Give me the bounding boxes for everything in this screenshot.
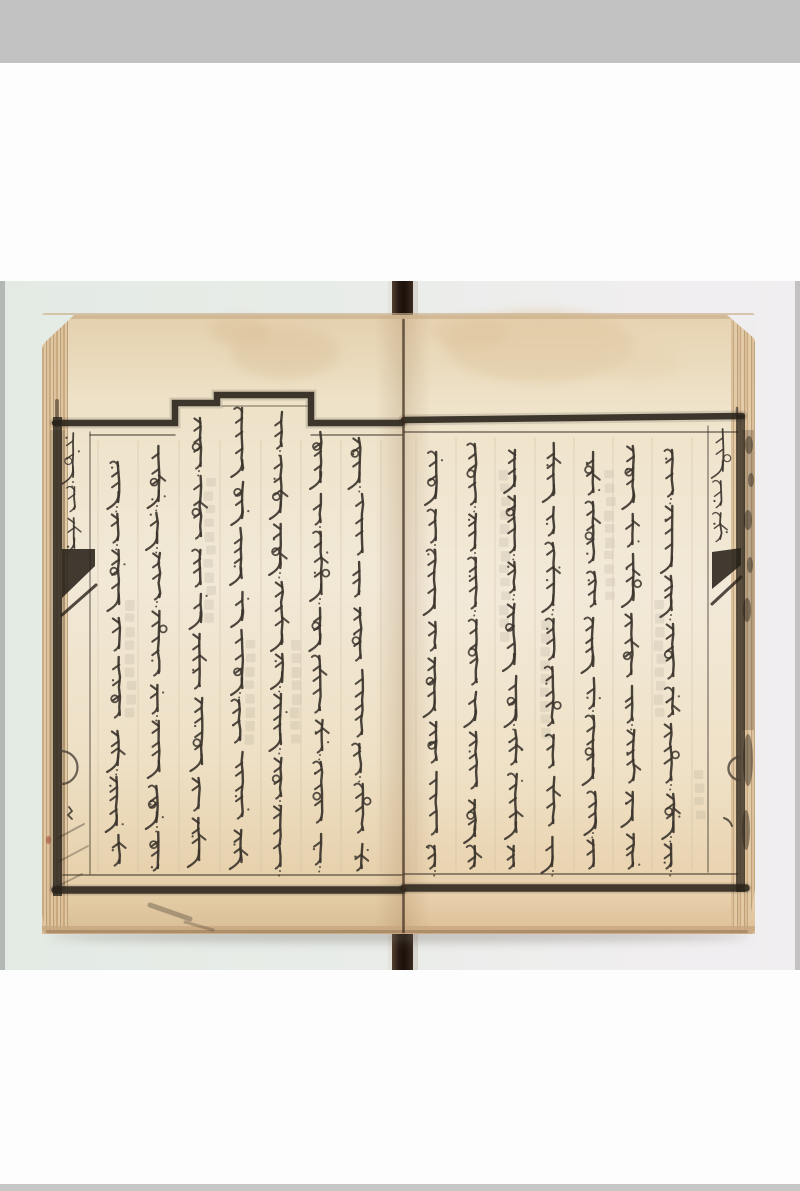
- book-photograph: [0, 0, 800, 1191]
- paper-stain: [432, 316, 508, 348]
- bottom-white-margin: [0, 970, 800, 1184]
- top-gray-border: [0, 0, 800, 63]
- bottom-gray-border: [0, 1184, 800, 1191]
- paper-stain: [600, 344, 680, 380]
- top-white-margin: [0, 63, 800, 281]
- spine-shading-left: [375, 315, 403, 934]
- book-top-edge: [42, 313, 755, 319]
- spine-shading-right: [403, 315, 431, 934]
- book-bottom-edge-line: [46, 930, 748, 933]
- red-fleck: [46, 836, 51, 844]
- left-page-paper: [42, 315, 403, 934]
- paper-stain: [210, 317, 270, 345]
- photo-left-edge-strip: [0, 281, 5, 970]
- right-page-edge-striations: [731, 318, 755, 932]
- photo-right-edge-strip: [795, 281, 800, 970]
- right-page-paper: [403, 315, 755, 934]
